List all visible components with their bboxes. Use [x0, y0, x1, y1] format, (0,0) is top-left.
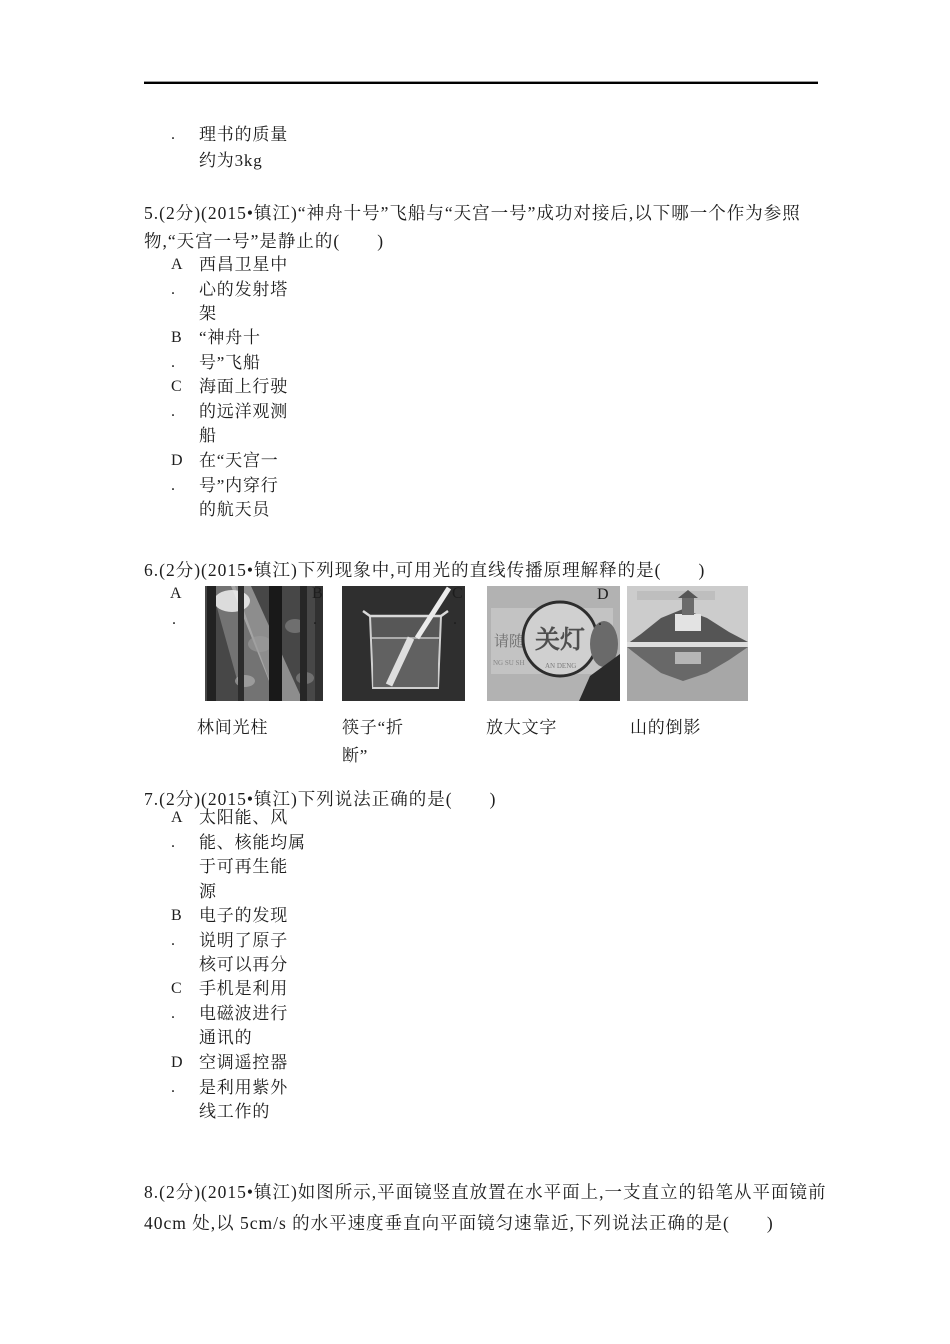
option-marker-column: B .: [171, 326, 199, 375]
option-marker-column: C .: [171, 375, 199, 449]
pinyin-text-left: NG SU SH: [493, 659, 525, 667]
option-text: 空调遥控器 是利用紫外 线工作的: [199, 1051, 288, 1125]
option-letter: B: [171, 326, 199, 351]
option-marker-column: C .: [171, 977, 199, 1051]
option-text: 海面上行驶 的远洋观测 船: [199, 375, 288, 449]
caption-line: 山的倒影: [630, 714, 701, 742]
option-dot: .: [171, 831, 199, 856]
option-text-line: 海面上行驶: [199, 375, 288, 400]
option-letter: D: [171, 1051, 199, 1076]
option-dot: .: [171, 278, 199, 303]
photo-caption-c: 放大文字: [486, 714, 557, 742]
question-5-option-a: A . 西昌卫星中 心的发射塔 架: [171, 253, 288, 327]
option-dot: .: [598, 611, 602, 631]
option-marker-column: B .: [171, 904, 199, 978]
option-dot: .: [172, 610, 176, 630]
option-text: 西昌卫星中 心的发射塔 架: [199, 253, 288, 327]
option-letter: A: [171, 253, 199, 278]
option-letter: A: [171, 806, 199, 831]
option-text: 太阳能、风 能、核能均属 于可再生能 源: [199, 806, 306, 904]
option-dot: .: [171, 351, 199, 376]
option-letter: C: [171, 375, 199, 400]
option-marker-column: A .: [171, 253, 199, 327]
option-letter: A: [170, 584, 182, 604]
question-8-stem-line-1: 8.(2分)(2015•镇江)如图所示,平面镜竖直放置在水平面上,一支直立的铅笔…: [144, 1177, 844, 1208]
option-text-line: 太阳能、风: [199, 806, 306, 831]
question-8-stem: 8.(2分)(2015•镇江)如图所示,平面镜竖直放置在水平面上,一支直立的铅笔…: [144, 1177, 844, 1239]
tree-trunk: [300, 586, 307, 701]
question-6-stem-line-1: 6.(2分)(2015•镇江)下列现象中,可用光的直线传播原理解释的是( ): [144, 556, 836, 584]
photo-caption-b: 筷子“折 断”: [342, 714, 404, 770]
option-dot: .: [171, 400, 199, 425]
question-6-stem: 6.(2分)(2015•镇江)下列现象中,可用光的直线传播原理解释的是( ): [144, 556, 836, 584]
photo-mountain-reflection: [627, 586, 748, 701]
option-text-line: 说明了原子: [199, 929, 288, 954]
caption-line: 林间光柱: [197, 714, 268, 742]
option-letter: C: [452, 584, 463, 604]
exam-document-page: . 理书的质量 约为3kg 5.(2分)(2015•镇江)“神舟十号”飞船与“天…: [0, 0, 950, 1344]
question-5-stem-line-2: 物,“天宫一号”是静止的( ): [144, 227, 836, 255]
question-5-option-d: D . 在“天宫一 号”内穿行 的航天员: [171, 449, 279, 523]
question-7-option-a: A . 太阳能、风 能、核能均属 于可再生能 源: [171, 806, 306, 904]
question-5-option-c: C . 海面上行驶 的远洋观测 船: [171, 375, 288, 449]
option-dot: .: [171, 474, 199, 499]
magnified-text: 关灯: [535, 626, 585, 654]
option-text-line: 在“天宫一: [199, 449, 279, 474]
question-4-option-tail: . 理书的质量 约为3kg: [171, 122, 288, 174]
option-text-line: 的航天员: [199, 498, 279, 523]
option-marker-column: D .: [171, 449, 199, 523]
question-5-stem-line-1: 5.(2分)(2015•镇江)“神舟十号”飞船与“天宫一号”成功对接后,以下哪一…: [144, 199, 836, 227]
sign-text-left: 请随: [494, 632, 524, 650]
faint-watermark: [637, 591, 715, 600]
caption-line: 断”: [342, 742, 404, 770]
photo-forest-light-beams: [205, 586, 323, 701]
option-text-line: 是利用紫外: [199, 1076, 288, 1101]
shoreline: [627, 642, 748, 647]
option-dot: .: [313, 610, 317, 630]
question-5-option-b: B . “神舟十 号”飞船: [171, 326, 261, 375]
question-5-stem: 5.(2分)(2015•镇江)“神舟十号”飞船与“天宫一号”成功对接后,以下哪一…: [144, 199, 836, 255]
option-marker-column: .: [171, 122, 199, 174]
option-text-line: 源: [199, 880, 306, 905]
option-text-line: 线工作的: [199, 1100, 288, 1125]
tree-trunk: [238, 586, 244, 701]
option-text-line: 能、核能均属: [199, 831, 306, 856]
option-dot: .: [171, 1076, 199, 1101]
option-text-line: 电磁波进行: [199, 1002, 288, 1027]
question-8-stem-line-2: 40cm 处,以 5cm/s 的水平速度垂直向平面镜匀速靠近,下列说法正确的是(…: [144, 1208, 844, 1239]
option-text-line: 的远洋观测: [199, 400, 288, 425]
option-dot: .: [453, 610, 457, 630]
option-dot: .: [171, 122, 199, 148]
option-letter: C: [171, 977, 199, 1002]
building-reflection: [675, 652, 701, 664]
sunlight-patch: [214, 590, 250, 612]
option-text-line: 约为3kg: [199, 148, 288, 174]
option-text-line: 电子的发现: [199, 904, 288, 929]
option-letter: B: [312, 584, 323, 604]
pinyin-text-right: AN DENG: [545, 662, 576, 670]
option-text: 电子的发现 说明了原子 核可以再分: [199, 904, 288, 978]
option-text: 理书的质量 约为3kg: [199, 122, 288, 174]
caption-line: 放大文字: [486, 714, 557, 742]
option-letter: D: [171, 449, 199, 474]
option-text-line: 核可以再分: [199, 953, 288, 978]
option-text-line: 通讯的: [199, 1026, 288, 1051]
caption-line: 筷子“折: [342, 714, 404, 742]
option-text-line: 船: [199, 424, 288, 449]
photo-chopstick-beaker: [342, 586, 465, 701]
option-marker-column: A .: [171, 806, 199, 904]
photo-caption-d: 山的倒影: [630, 714, 701, 742]
option-text-line: 号”内穿行: [199, 474, 279, 499]
option-text-line: 西昌卫星中: [199, 253, 288, 278]
option-text: 在“天宫一 号”内穿行 的航天员: [199, 449, 279, 523]
option-text-line: 架: [199, 302, 288, 327]
building: [675, 614, 701, 631]
option-letter: D: [597, 585, 609, 605]
forest-photo-graphic: [205, 586, 323, 701]
option-dot: .: [171, 1002, 199, 1027]
option-dot: .: [171, 929, 199, 954]
top-rule: [144, 82, 818, 84]
option-text-line: 手机是利用: [199, 977, 288, 1002]
option-text-line: 心的发射塔: [199, 278, 288, 303]
tree-trunk: [269, 586, 282, 701]
option-text: 手机是利用 电磁波进行 通讯的: [199, 977, 288, 1051]
question-7-option-d: D . 空调遥控器 是利用紫外 线工作的: [171, 1051, 288, 1125]
option-text-line: “神舟十: [199, 326, 261, 351]
option-text-line: 于可再生能: [199, 855, 306, 880]
mountain-photo-graphic: [627, 586, 748, 701]
option-marker-column: D .: [171, 1051, 199, 1125]
tree-trunk: [207, 586, 216, 701]
question-7-option-c: C . 手机是利用 电磁波进行 通讯的: [171, 977, 288, 1051]
photo-caption-a: 林间光柱: [197, 714, 268, 742]
option-letter: B: [171, 904, 199, 929]
pagoda-tower: [682, 598, 694, 615]
option-text-line: 号”飞船: [199, 351, 261, 376]
beaker-photo-graphic: [342, 586, 465, 701]
question-7-option-b: B . 电子的发现 说明了原子 核可以再分: [171, 904, 288, 978]
option-text-line: 理书的质量: [199, 122, 288, 148]
option-text: “神舟十 号”飞船: [199, 326, 261, 375]
option-text-line: 空调遥控器: [199, 1051, 288, 1076]
